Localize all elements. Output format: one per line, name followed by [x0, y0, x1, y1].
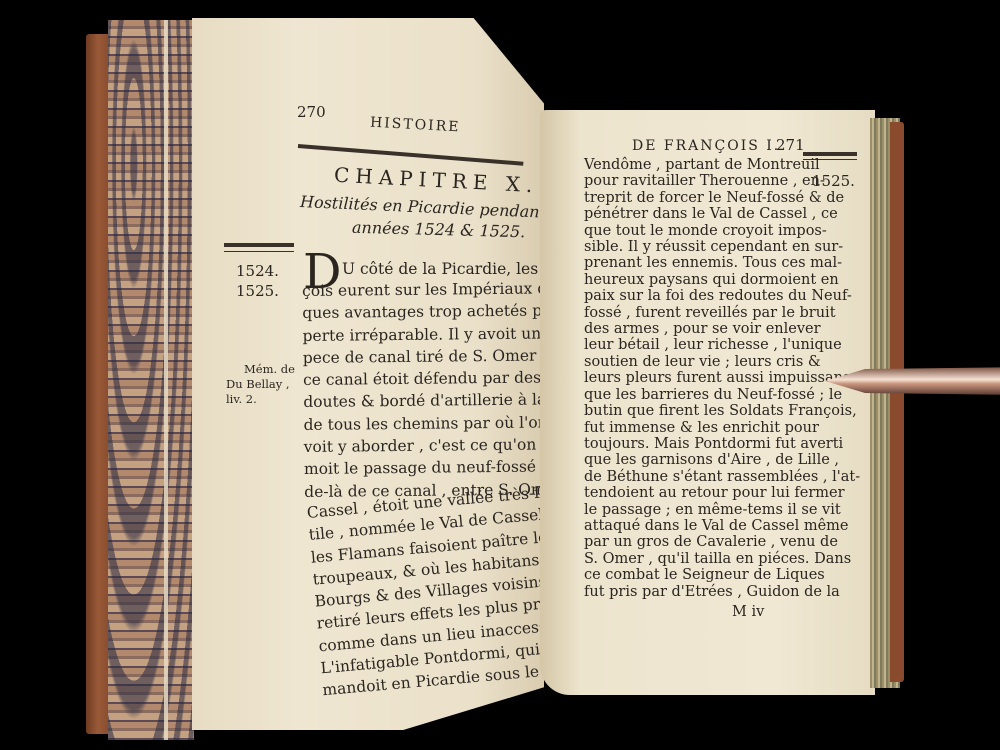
- text-line: fossé , furent reveillés par le bruit: [584, 305, 860, 321]
- right-folio: 271: [776, 136, 805, 154]
- right-margin-rule: [803, 152, 857, 156]
- margin-rule-thin: [224, 251, 294, 252]
- text-line: prenant les ennemis. Tous ces mal-: [584, 255, 860, 271]
- text-line: que tout le monde croyoit impos-: [584, 223, 860, 239]
- metal-pointer-icon: [825, 364, 1000, 398]
- text-line: de Béthune s'étant rassemblées , l'at-: [584, 469, 860, 485]
- text-line: pour ravitailler Therouenne , en-: [584, 173, 860, 189]
- text-line: que les garnisons d'Aire , de Lille ,: [584, 452, 860, 468]
- text-line: fut immense & les enrichit pour: [584, 420, 860, 436]
- margin-note-line-3: liv. 2.: [226, 392, 257, 406]
- right-cover-board: [890, 122, 904, 682]
- text-line: ce combat le Seigneur de Liques: [584, 567, 860, 583]
- right-body-text: Vendôme , partant de Montreuil pour ravi…: [584, 157, 860, 600]
- photo-scene: 270 HISTOIRE CHAPITRE X. Hostilités en P…: [0, 0, 1000, 750]
- signature-mark: M iv: [732, 601, 764, 623]
- text-line: leurs pleurs furent aussi impuissans: [584, 370, 860, 386]
- text-line: le passage ; en même-tems il se vit: [584, 502, 860, 518]
- text-line: des armes , pour se voir enlever: [584, 321, 860, 337]
- text-line: leur bétail , leur richesse , l'unique: [584, 337, 860, 353]
- text-line: attaqué dans le Val de Cassel même: [584, 518, 860, 534]
- text-line: heureux paysans qui dormoient en: [584, 272, 860, 288]
- margin-year-1525: 1525.: [236, 282, 279, 300]
- text-line: treprit de forcer le Neuf-fossé & de: [584, 190, 860, 206]
- left-folio: 270: [297, 103, 326, 121]
- marbled-page-edges-left: [108, 20, 194, 740]
- text-line: pénétrer dans le Val de Cassel , ce: [584, 206, 860, 222]
- text-line: sible. Il y réussit cependant en sur-: [584, 239, 860, 255]
- margin-note-line-1: Mém. de: [244, 362, 295, 376]
- text-line: soutien de leur vie ; leurs cris &: [584, 354, 860, 370]
- text-line: tendoient au retour pour lui fermer: [584, 485, 860, 501]
- margin-note-line-2: Du Bellay ,: [226, 377, 290, 391]
- text-line: toujours. Mais Pontdormi fut averti: [584, 436, 860, 452]
- right-running-head: DE FRANÇOIS I.: [632, 138, 780, 154]
- margin-rule: [224, 243, 294, 247]
- margin-year-1524: 1524.: [236, 262, 279, 280]
- text-line: butin que firent les Soldats François,: [584, 403, 860, 419]
- text-line: S. Omer , qu'il tailla en piéces. Dans: [584, 551, 860, 567]
- text-line: fut pris par d'Etrées , Guidon de la: [584, 584, 860, 600]
- text-line: paix sur la foi des redoutes du Neuf-: [584, 288, 860, 304]
- text-line: que les barrieres du Neuf-fossé ; le: [584, 387, 860, 403]
- text-line: Vendôme , partant de Montreuil: [584, 157, 860, 173]
- text-line: par un gros de Cavalerie , venu de: [584, 534, 860, 550]
